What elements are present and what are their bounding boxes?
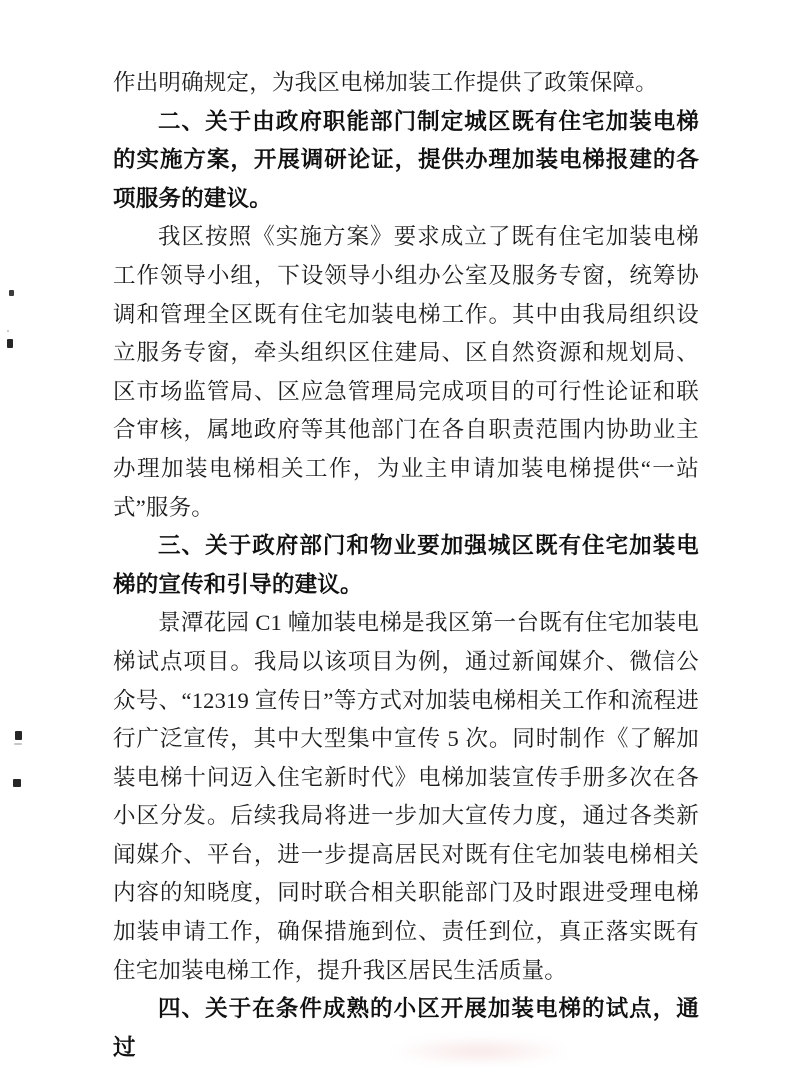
document-page: 作出明确规定，为我区电梯加装工作提供了政策保障。二、关于由政府职能部门制定城区既…	[0, 0, 800, 1067]
ink-mark	[13, 779, 21, 787]
ink-mark	[7, 330, 9, 332]
body-paragraph: 景潭花园 C1 幢加装电梯是我区第一台既有住宅加装电梯试点项目。我局以该项目为例…	[113, 604, 699, 990]
ink-mark	[15, 731, 22, 740]
document-text-block: 作出明确规定，为我区电梯加装工作提供了政策保障。二、关于由政府职能部门制定城区既…	[113, 64, 699, 1067]
section-heading: 三、关于政府部门和物业要加强城区既有住宅加装电梯的宣传和引导的建议。	[113, 527, 699, 604]
ink-mark	[7, 339, 13, 348]
section-heading: 四、关于在条件成熟的小区开展加装电梯的试点，通过	[113, 990, 699, 1067]
body-paragraph: 我区按照《实施方案》要求成立了既有住宅加装电梯工作领导小组，下设领导小组办公室及…	[113, 218, 699, 527]
ink-mark	[14, 743, 22, 745]
body-paragraph: 作出明确规定，为我区电梯加装工作提供了政策保障。	[113, 64, 699, 103]
ink-mark	[9, 290, 14, 296]
section-heading: 二、关于由政府职能部门制定城区既有住宅加装电梯的实施方案，开展调研论证，提供办理…	[113, 103, 699, 219]
